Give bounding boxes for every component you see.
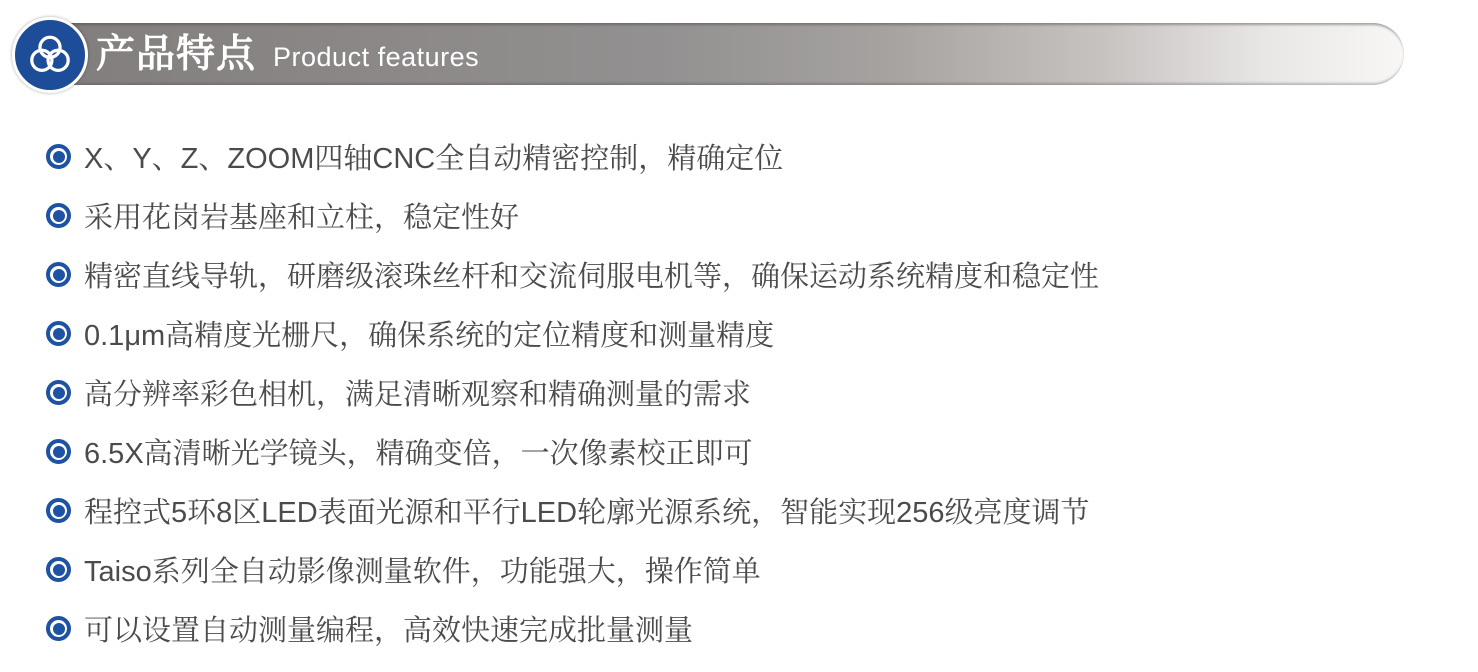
bullet-icon [46, 616, 71, 641]
feature-text: Taiso系列全自动影像测量软件，功能强大，操作简单 [84, 549, 761, 590]
feature-item: Taiso系列全自动影像测量软件，功能强大，操作简单 [46, 540, 1099, 599]
feature-item: 程控式5环8区LED表面光源和平行LED轮廓光源系统，智能实现256级亮度调节 [46, 481, 1099, 540]
feature-text: 程控式5环8区LED表面光源和平行LED轮廓光源系统，智能实现256级亮度调节 [84, 490, 1089, 531]
section-title-chinese: 产品特点 [96, 35, 256, 74]
bullet-icon [46, 557, 71, 582]
feature-text: 6.5X高清晰光学镜头，精确变倍，一次像素校正即可 [84, 431, 753, 472]
feature-text: 采用花岗岩基座和立柱，稳定性好 [84, 195, 519, 236]
bullet-icon [46, 203, 71, 228]
feature-item: 6.5X高清晰光学镜头，精确变倍，一次像素校正即可 [46, 422, 1099, 481]
bullet-dot [53, 446, 65, 458]
feature-item: 可以设置自动测量编程，高效快速完成批量测量 [46, 599, 1099, 658]
bullet-dot [53, 505, 65, 517]
bullet-dot [53, 564, 65, 576]
bullet-icon [46, 498, 71, 523]
bullet-dot [53, 269, 65, 281]
bullet-dot [53, 623, 65, 635]
feature-item: 高分辨率彩色相机，满足清晰观察和精确测量的需求 [46, 363, 1099, 422]
feature-item: 0.1μm高精度光栅尺，确保系统的定位精度和测量精度 [46, 304, 1099, 363]
feature-list: X、Y、Z、ZOOM四轴CNC全自动精密控制，精确定位 采用花岗岩基座和立柱，稳… [46, 127, 1099, 658]
feature-text: 精密直线导轨，研磨级滚珠丝杆和交流伺服电机等，确保运动系统精度和稳定性 [84, 254, 1099, 295]
bullet-icon [46, 144, 71, 169]
feature-item: 精密直线导轨，研磨级滚珠丝杆和交流伺服电机等，确保运动系统精度和稳定性 [46, 245, 1099, 304]
feature-text: X、Y、Z、ZOOM四轴CNC全自动精密控制，精确定位 [84, 136, 783, 177]
product-features-page: 产品特点 Product features X、Y、Z、ZOOM四轴CNC全自动… [0, 0, 1478, 672]
three-circles-icon [12, 17, 88, 93]
feature-item: 采用花岗岩基座和立柱，稳定性好 [46, 186, 1099, 245]
bullet-icon [46, 262, 71, 287]
header-bar: 产品特点 Product features [40, 23, 1404, 85]
bullet-icon [46, 439, 71, 464]
bullet-dot [53, 328, 65, 340]
feature-item: X、Y、Z、ZOOM四轴CNC全自动精密控制，精确定位 [46, 127, 1099, 186]
feature-text: 高分辨率彩色相机，满足清晰观察和精确测量的需求 [84, 372, 751, 413]
bullet-icon [46, 380, 71, 405]
bullet-dot [53, 387, 65, 399]
bullet-dot [53, 210, 65, 222]
bullet-dot [53, 151, 65, 163]
bullet-icon [46, 321, 71, 346]
feature-text: 0.1μm高精度光栅尺，确保系统的定位精度和测量精度 [84, 313, 774, 354]
feature-text: 可以设置自动测量编程，高效快速完成批量测量 [84, 608, 693, 649]
section-title-english: Product features [273, 42, 479, 73]
